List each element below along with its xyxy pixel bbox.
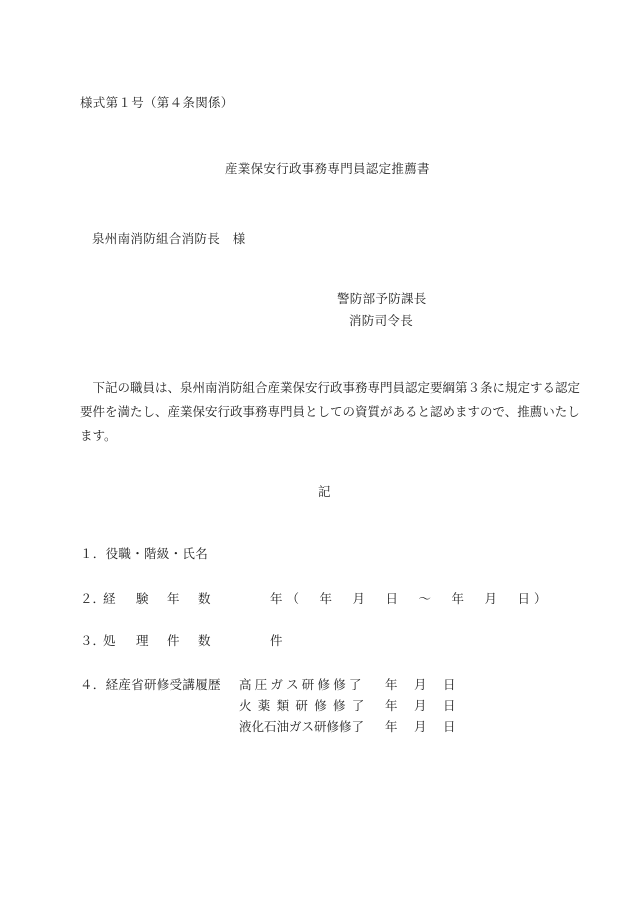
- course-1-name: 高圧ガス研修修了: [239, 679, 365, 692]
- document-title: 産業保安行政事務専門員認定推薦書: [225, 163, 430, 176]
- sender-rank: 消防司令長: [349, 315, 413, 328]
- item-2-number: ２．: [80, 591, 105, 606]
- form-label: 様式第１号（第４条関係）: [80, 97, 234, 110]
- item-3-char-1: 処: [103, 635, 116, 648]
- item-1-label: １．役職・階級・氏名: [80, 548, 208, 561]
- item-4-label: ４．経産省研修受講履歴: [80, 679, 221, 692]
- course-2-date: 年 月 日: [385, 700, 458, 713]
- item-2-char-2: 験: [136, 593, 149, 606]
- item-2-char-1: 経: [103, 593, 116, 606]
- item-3-char-2: 理: [136, 635, 149, 648]
- item-3-char-3: 件: [167, 635, 180, 648]
- sender-title: 警防部予防課長: [337, 293, 427, 306]
- body-line-1: 下記の職員は、泉州南消防組合産業保安行政事務専門員認定要綱第３条に規定する認定: [80, 376, 580, 400]
- item-2-value: 年（ 年 月 日 ～ 年 月 日）: [270, 593, 551, 606]
- course-2-name: 火薬類研修修了: [239, 700, 371, 713]
- item-3-char-4: 数: [198, 635, 211, 648]
- body-line-3: ます。: [80, 424, 580, 448]
- body-line-2: 要件を満たし、産業保安行政事務専門員としての資質があると認めますので、推薦いたし: [80, 400, 580, 424]
- item-3-value: 件: [270, 635, 283, 648]
- course-1-date: 年 月 日: [385, 679, 458, 692]
- item-2-char-4: 数: [198, 593, 211, 606]
- item-3-number: ３．: [80, 635, 105, 648]
- course-3-name: 液化石油ガス研修修了: [239, 721, 364, 734]
- item-2-char-3: 年: [167, 593, 180, 606]
- body-paragraph: 下記の職員は、泉州南消防組合産業保安行政事務専門員認定要綱第３条に規定する認定 …: [80, 376, 580, 448]
- item-2-row: ２．: [80, 593, 105, 606]
- course-3-date: 年 月 日: [385, 721, 458, 734]
- addressee: 泉州南消防組合消防長 様: [92, 233, 246, 246]
- ki-heading: 記: [318, 486, 331, 499]
